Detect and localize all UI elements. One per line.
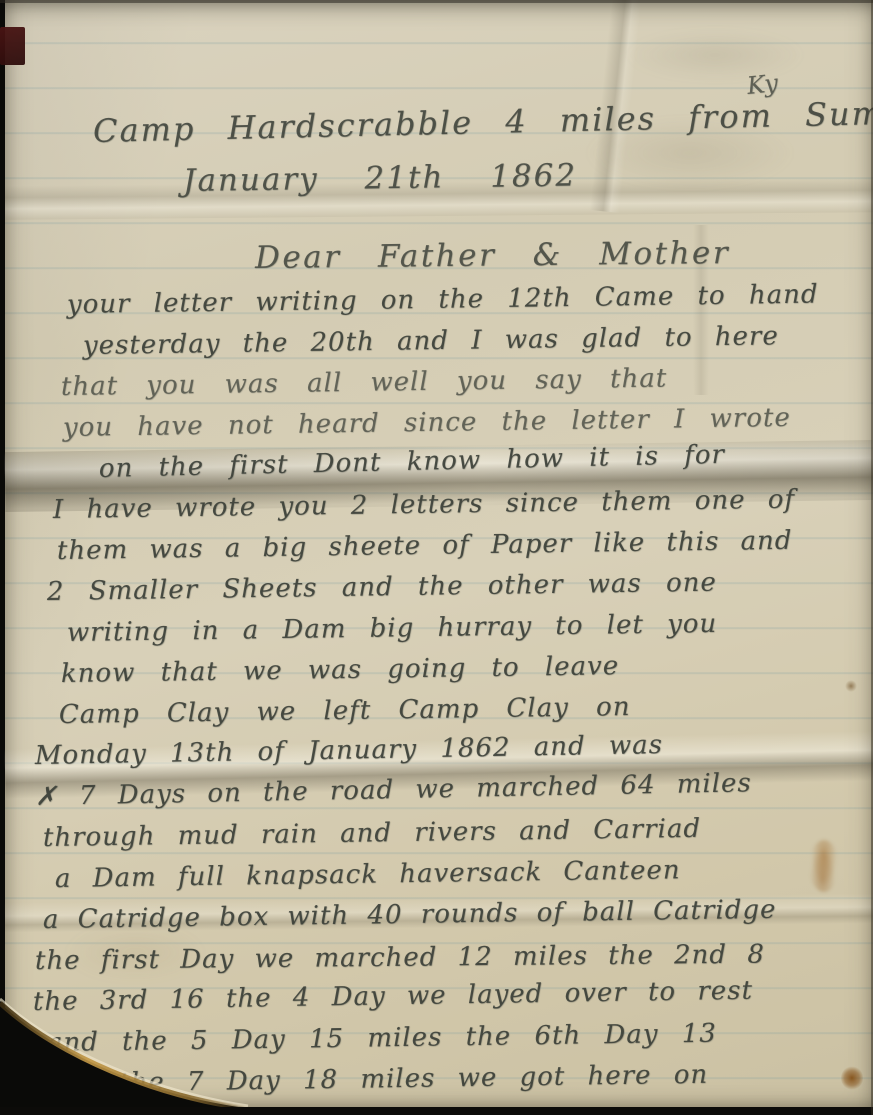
letter-salutation: Dear Father & Mother <box>255 235 730 276</box>
ink-bleed-smudge <box>625 30 805 80</box>
scan-top-edge <box>0 0 873 3</box>
letter-heading-line2: January 21th 1862 <box>183 157 578 198</box>
scan-bottom-edge <box>0 1107 873 1115</box>
letter-paper: Ky Camp Hardscrabble 4 miles from Summer… <box>5 0 873 1108</box>
letter-heading-line1: Camp Hardscrabble 4 miles from Summerset <box>93 91 873 150</box>
letter-body: your letter writing on the 12th Came to … <box>33 290 873 1110</box>
corner-annotation: Ky <box>746 69 781 100</box>
scanned-letter: Ky Camp Hardscrabble 4 miles from Summer… <box>0 0 873 1115</box>
